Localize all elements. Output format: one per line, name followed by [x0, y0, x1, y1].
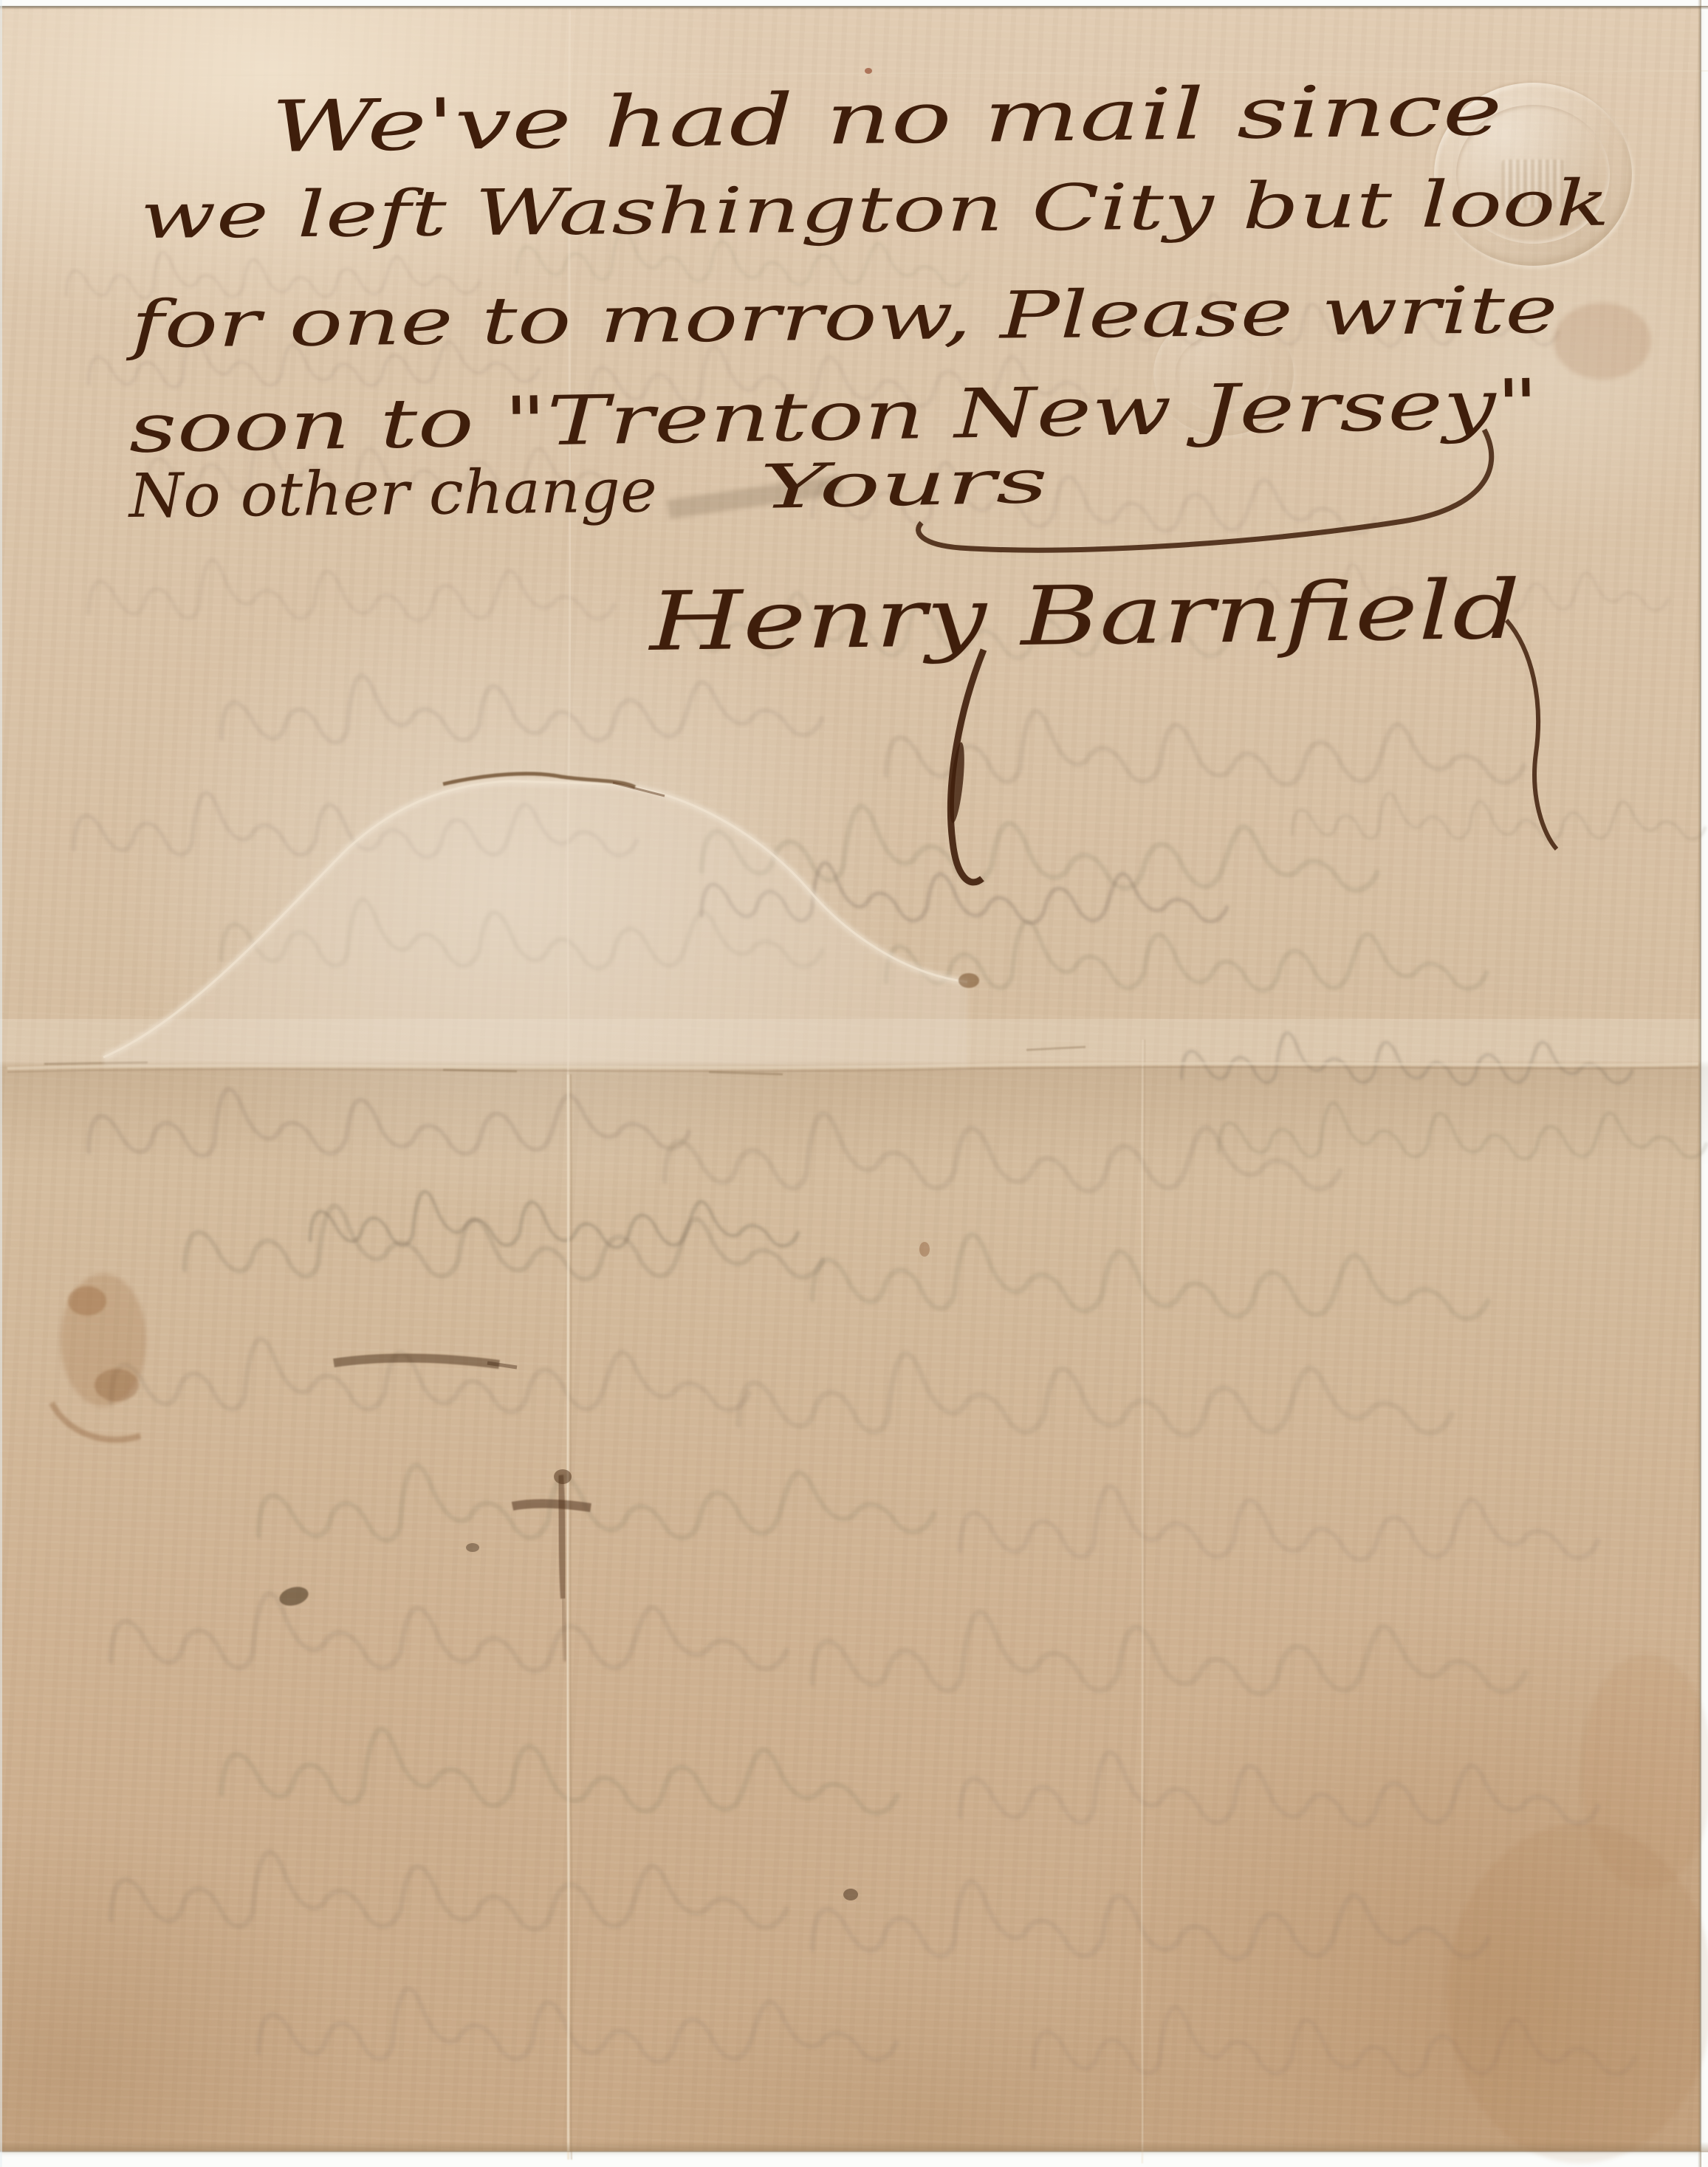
paper-top-edge: [0, 6, 1708, 10]
letter-line-1: We've had no mail since: [271, 69, 1503, 168]
stain-cross-horizontal: [512, 1503, 591, 1508]
red-speck: [865, 68, 872, 74]
paper-left-edge: [0, 0, 2, 2167]
crosshatch-smudge: [1554, 303, 1651, 380]
crease-vertical-right-lower: [1142, 1040, 1143, 2163]
letter-line-2: we left Washington City but look: [140, 167, 1610, 253]
scanner-background: We've had no mail since we left Washingt…: [0, 0, 1708, 2167]
paper-tear: [103, 774, 979, 1067]
crease-vertical-center-lower: [567, 1074, 569, 2160]
paper-right-edge: [1698, 0, 1701, 2167]
letter-line-5: No other change: [127, 456, 657, 532]
ink-streak: [334, 1358, 499, 1364]
stain-cross-vertical: [560, 1475, 564, 1598]
paper-artifacts-layer: We've had no mail since we left Washingt…: [0, 0, 1708, 2167]
paper-bottom-edge: [0, 2142, 1708, 2152]
letter-line-5-yours: Yours: [759, 447, 1049, 523]
letter-text: We've had no mail since we left Washingt…: [125, 69, 1610, 669]
letter-signature: Henry Barnfield: [647, 563, 1521, 669]
letter-line-3: for one to morrow, Please write: [125, 272, 1558, 363]
